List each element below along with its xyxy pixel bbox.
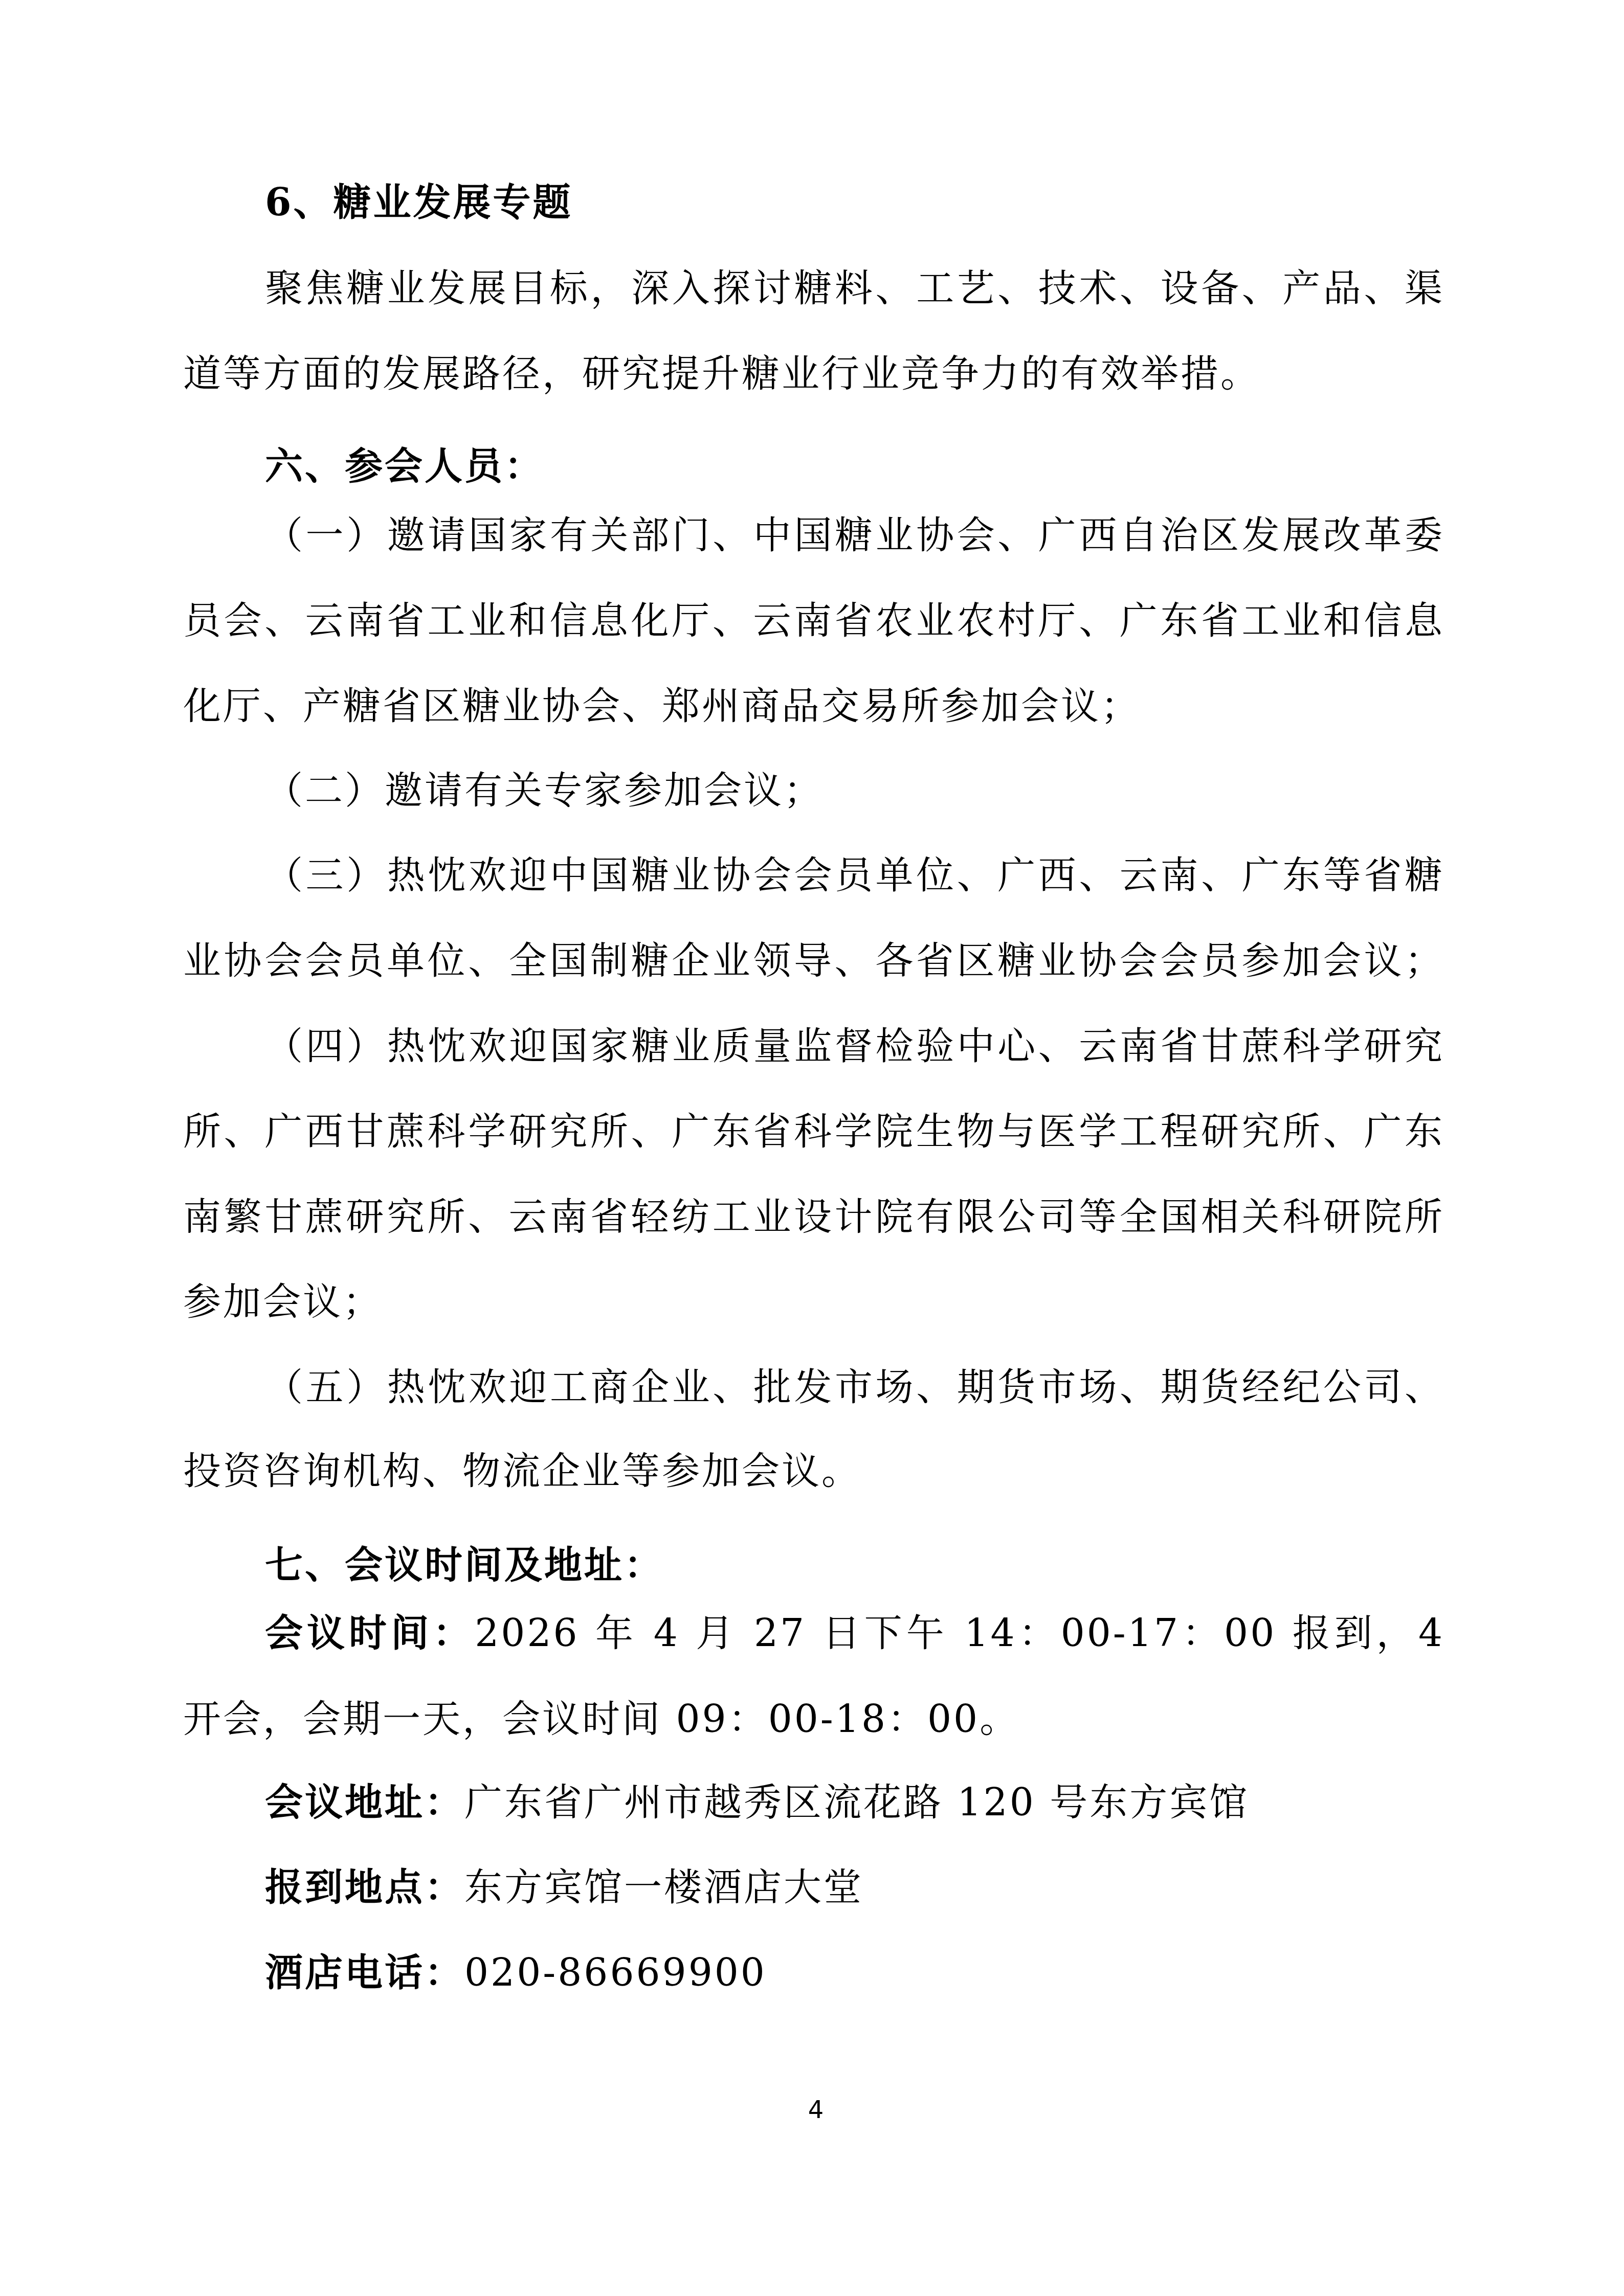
meeting-address-line: 会议地址：广东省广州市越秀区流花路 120 号东方宾馆: [265, 1782, 1444, 1823]
participants-item-4-line: 参加会议；: [183, 1281, 1444, 1322]
participants-item-1-line: 化厅、产糖省区糖业协会、郑州商品交易所参加会议；: [183, 686, 1444, 727]
section-heading-sugar-industry-topic: 6、糖业发展专题: [265, 182, 1444, 223]
page-number: 4: [798, 2096, 834, 2124]
participants-item-1-line: 员会、云南省工业和信息化厅、云南省农业农村厅、广东省工业和信息: [183, 600, 1444, 641]
hotel-phone-label: 酒店电话：: [265, 1951, 464, 1995]
participants-item-3-line: 业协会会员单位、全国制糖企业领导、各省区糖业协会会员参加会议；: [183, 940, 1444, 981]
participants-item-3-line: （三）热忱欢迎中国糖业协会会员单位、广西、云南、广东等省糖: [265, 855, 1444, 896]
participants-item-5-line: （五）热忱欢迎工商企业、批发市场、期货市场、期货经纪公司、: [265, 1367, 1444, 1408]
participants-item-4-line: 南繁甘蔗研究所、云南省轻纺工业设计院有限公司等全国相关科研院所: [183, 1197, 1444, 1237]
registration-place-value: 东方宾馆一楼酒店大堂: [464, 1865, 863, 1909]
document-page: 6、糖业发展专题 聚焦糖业发展目标，深入探讨糖料、工艺、技术、设备、产品、渠 道…: [0, 0, 1624, 2296]
meeting-time-label: 会议时间：: [265, 1613, 475, 1654]
section-heading-participants: 六、参会人员：: [265, 446, 1444, 487]
participants-item-1-line: （一）邀请国家有关部门、中国糖业协会、广西自治区发展改革委: [265, 515, 1444, 556]
paragraph-line: 聚焦糖业发展目标，深入探讨糖料、工艺、技术、设备、产品、渠: [265, 268, 1444, 309]
meeting-time-line: 会议时间：2026 年 4 月 27 日下午 14：00-17：00 报到，4 …: [265, 1613, 1444, 1654]
participants-item-4-line: （四）热忱欢迎国家糖业质量监督检验中心、云南省甘蔗科学研究: [265, 1026, 1444, 1067]
hotel-phone-line: 酒店电话：020-86669900: [265, 1952, 1444, 1993]
paragraph-line: 道等方面的发展路径，研究提升糖业行业竞争力的有效举措。: [183, 353, 1444, 394]
hotel-phone-value: 020-86669900: [464, 1951, 767, 1995]
section-heading-time-and-venue: 七、会议时间及地址：: [265, 1545, 1444, 1586]
meeting-time-continuation: 开会，会期一天，会议时间 09：00-18：00。: [183, 1699, 1444, 1740]
participants-item-4-line: 所、广西甘蔗科学研究所、广东省科学院生物与医学工程研究所、广东: [183, 1111, 1444, 1152]
registration-place-label: 报到地点：: [265, 1865, 464, 1909]
participants-item-5-line: 投资咨询机构、物流企业等参加会议。: [183, 1451, 1444, 1492]
meeting-address-value: 广东省广州市越秀区流花路 120 号东方宾馆: [464, 1781, 1249, 1825]
meeting-address-label: 会议地址：: [265, 1781, 464, 1825]
registration-place-line: 报到地点：东方宾馆一楼酒店大堂: [265, 1867, 1444, 1908]
participants-item-2-line: （二）邀请有关专家参加会议；: [265, 770, 1444, 811]
